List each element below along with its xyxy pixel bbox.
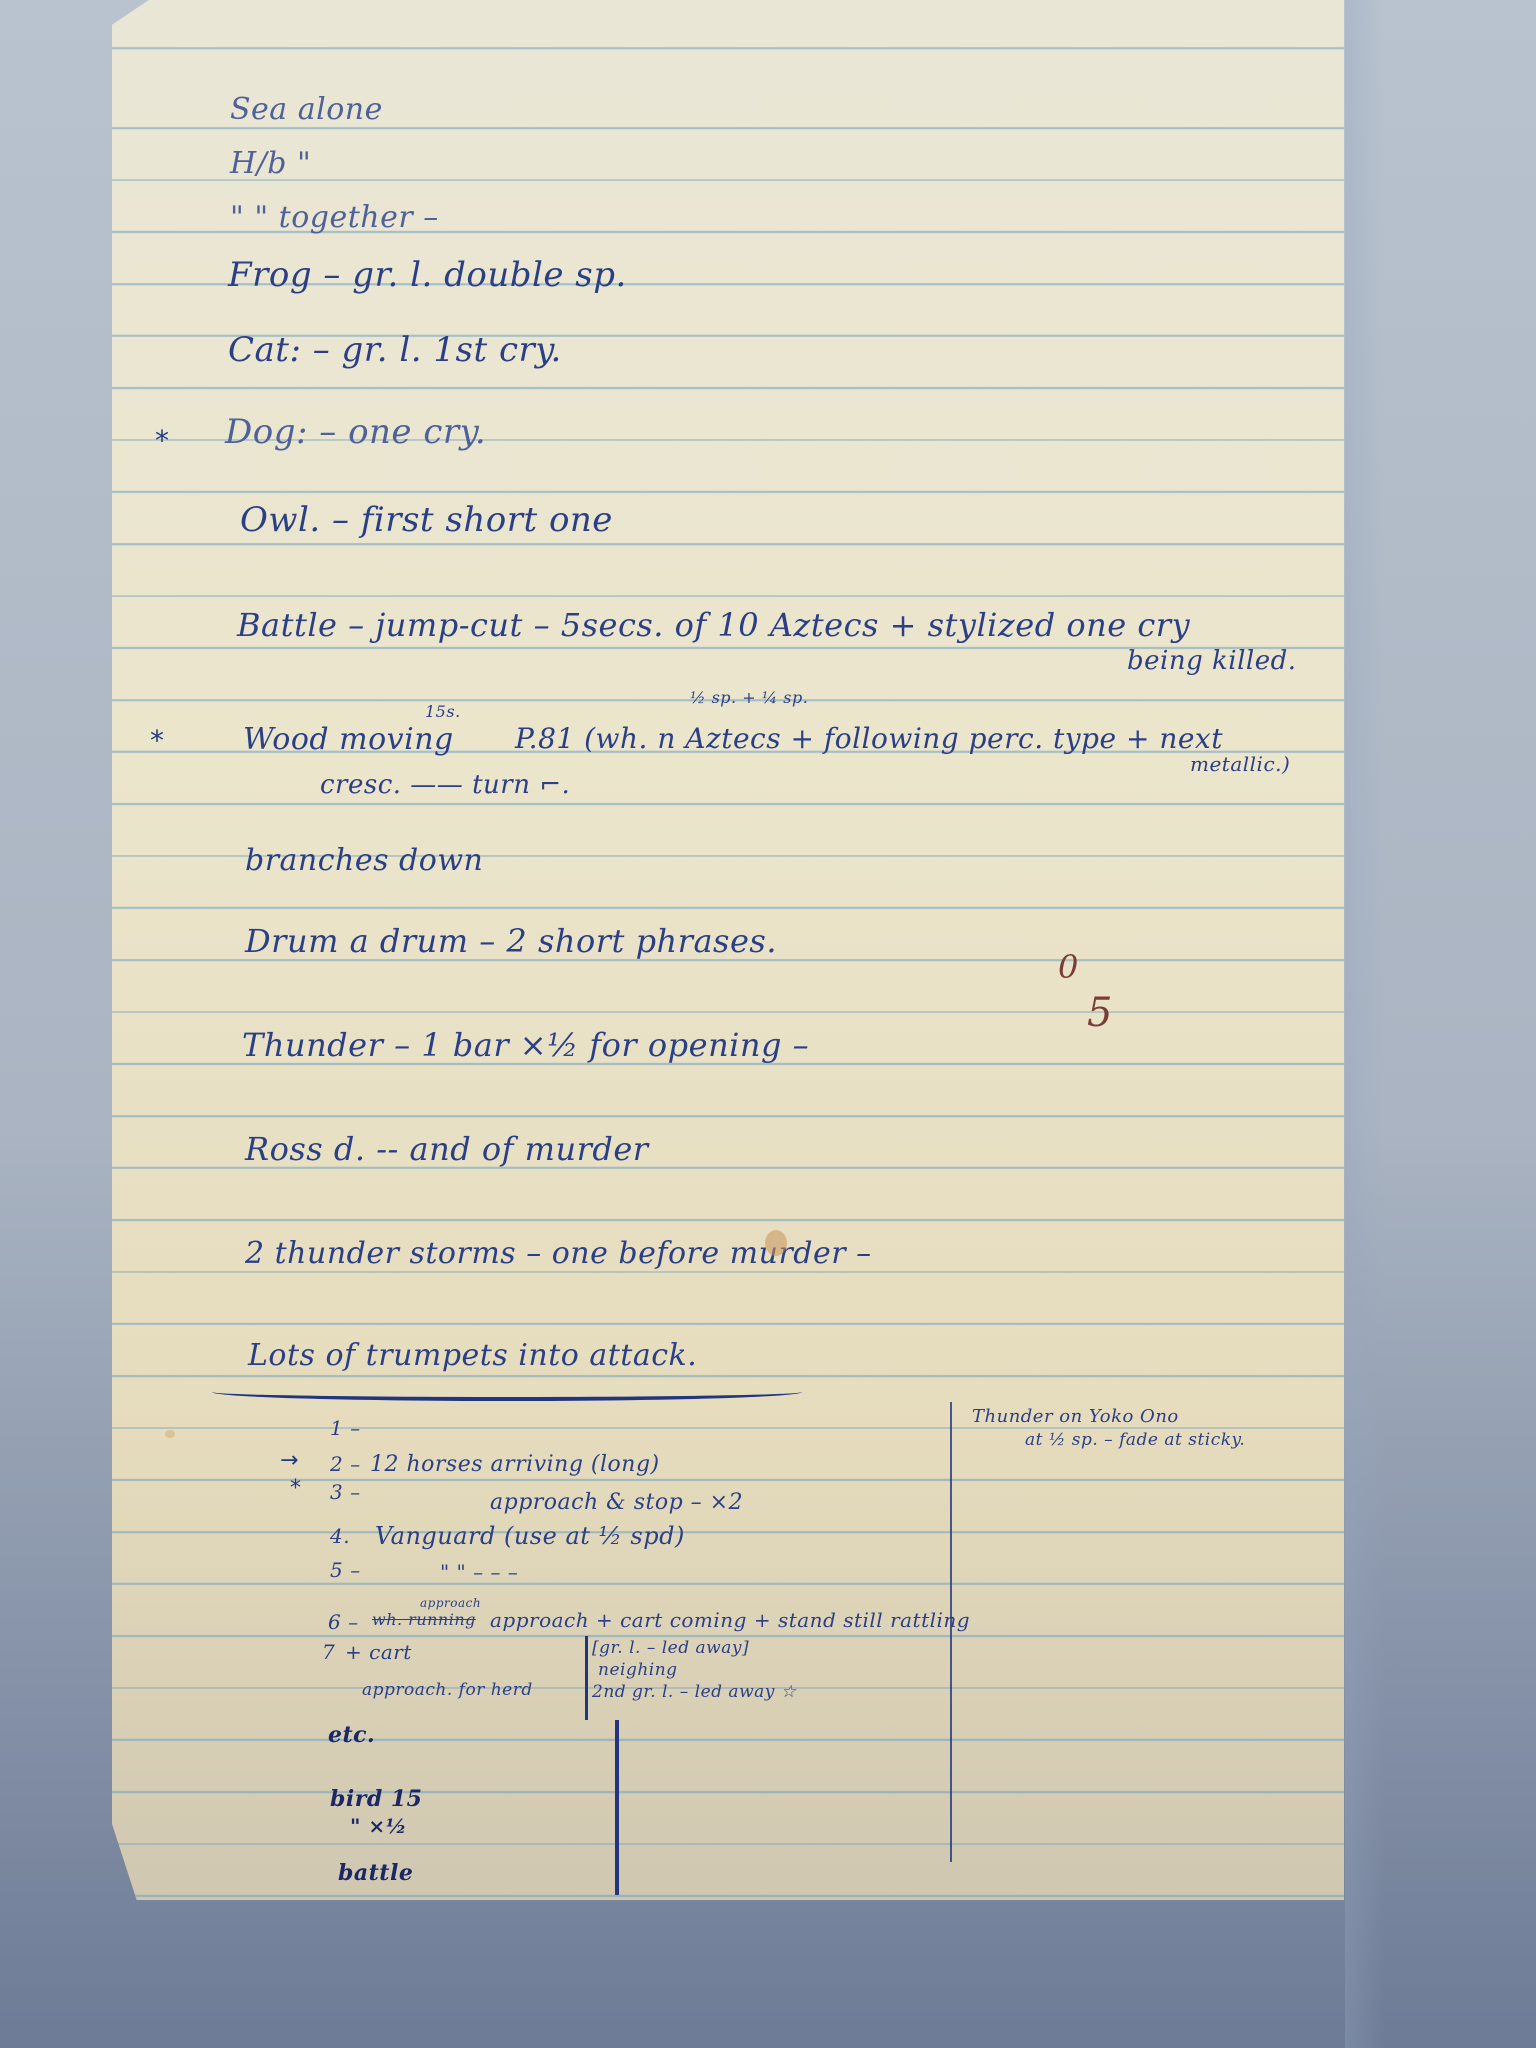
list-item-cart-coming: approach + cart coming + stand still rat…	[490, 1608, 970, 1632]
note-line-hb: H/b "	[230, 146, 311, 181]
asterisk-marker-icon: *	[290, 1476, 301, 1501]
note-line-sea-alone: Sea alone	[230, 92, 383, 127]
note-line-dog: Dog: – one cry.	[225, 412, 486, 452]
note-line-cresc: cresc. —— turn ⌐.	[320, 770, 570, 800]
note-line-together: " " together –	[230, 200, 439, 235]
list-item-ditto: " " – – –	[440, 1560, 518, 1584]
list-item-vanguard: Vanguard (use at ½ spd)	[375, 1522, 685, 1550]
desk-backdrop	[1345, 0, 1385, 2048]
footer-note-bird-15: bird 15	[330, 1786, 423, 1812]
list-item-plus-cart: + cart	[345, 1640, 412, 1664]
note-line-trumpets: Lots of trumpets into attack.	[248, 1338, 697, 1373]
paper-stain	[165, 1430, 175, 1438]
margin-digit-5: 5	[1087, 990, 1112, 1036]
arrow-right-marker-icon: →	[280, 1448, 298, 1473]
note-line-frog: Frog – gr. l. double sp.	[228, 255, 627, 295]
list-number-2: 2 –	[330, 1452, 361, 1476]
list-insert-approach: approach	[420, 1596, 481, 1610]
section-divider-underline	[212, 1383, 802, 1401]
note-line-cat: Cat: – gr. l. 1st cry.	[228, 330, 562, 370]
asterisk-marker-icon: *	[150, 724, 164, 757]
note-line-wood-moving-detail: P.81 (wh. n Aztecs + following perc. typ…	[515, 722, 1223, 755]
note-line-battle: Battle – jump-cut – 5secs. of 10 Aztecs …	[237, 606, 1190, 644]
paper-stain	[765, 1230, 787, 1256]
margin-digit-0: 0	[1058, 948, 1078, 986]
footer-note-etc: etc.	[328, 1722, 375, 1748]
asterisk-marker-icon: *	[155, 424, 169, 457]
note-line-thunder: Thunder – 1 bar ×½ for opening –	[242, 1026, 809, 1064]
bracket-note-led-away: [gr. l. – led away]	[592, 1638, 749, 1658]
list-number-6: 6 –	[328, 1610, 359, 1634]
footer-note-battle: battle	[338, 1860, 413, 1886]
list-number-7: 7	[322, 1640, 335, 1664]
note-line-battle-cont: being killed.	[1127, 646, 1297, 676]
bracket-note-neighing: neighing	[598, 1660, 678, 1680]
note-superscript-15s: 15s.	[425, 702, 461, 721]
note-line-owl: Owl. – first short one	[240, 500, 613, 540]
list-struck-text: wh. running	[372, 1610, 476, 1629]
footer-note-ditto-half: " ×½	[350, 1814, 407, 1838]
list-number-4: 4.	[330, 1524, 350, 1548]
side-note-fade: at ½ sp. – fade at sticky.	[1025, 1430, 1245, 1450]
list-number-3: 3 –	[330, 1480, 361, 1504]
list-number-1: 1 –	[330, 1416, 361, 1440]
list-item-approach-stop: approach & stop – ×2	[490, 1490, 743, 1515]
bracket-note-2nd-led-away: 2nd gr. l. – led away ☆	[592, 1682, 797, 1702]
side-note-divider-line	[950, 1402, 952, 1862]
note-line-drum: Drum a drum – 2 short phrases.	[245, 922, 777, 960]
bracket-divider-line	[585, 1636, 588, 1720]
note-line-metallic: metallic.)	[1190, 752, 1290, 776]
note-line-branches-down: branches down	[245, 843, 483, 878]
list-item-horses-arriving: 12 horses arriving (long)	[370, 1452, 660, 1477]
column-divider-line	[615, 1720, 619, 1895]
side-note-thunder-yoko-ono: Thunder on Yoko Ono	[972, 1406, 1179, 1427]
list-item-approach-herd: approach. for herd	[362, 1680, 533, 1700]
note-annotation-speeds: ½ sp. + ¼ sp.	[690, 688, 808, 707]
note-line-ross: Ross d. -- and of murder	[245, 1130, 649, 1168]
list-number-5: 5 –	[330, 1558, 361, 1582]
note-line-wood-moving: Wood moving	[243, 722, 454, 757]
